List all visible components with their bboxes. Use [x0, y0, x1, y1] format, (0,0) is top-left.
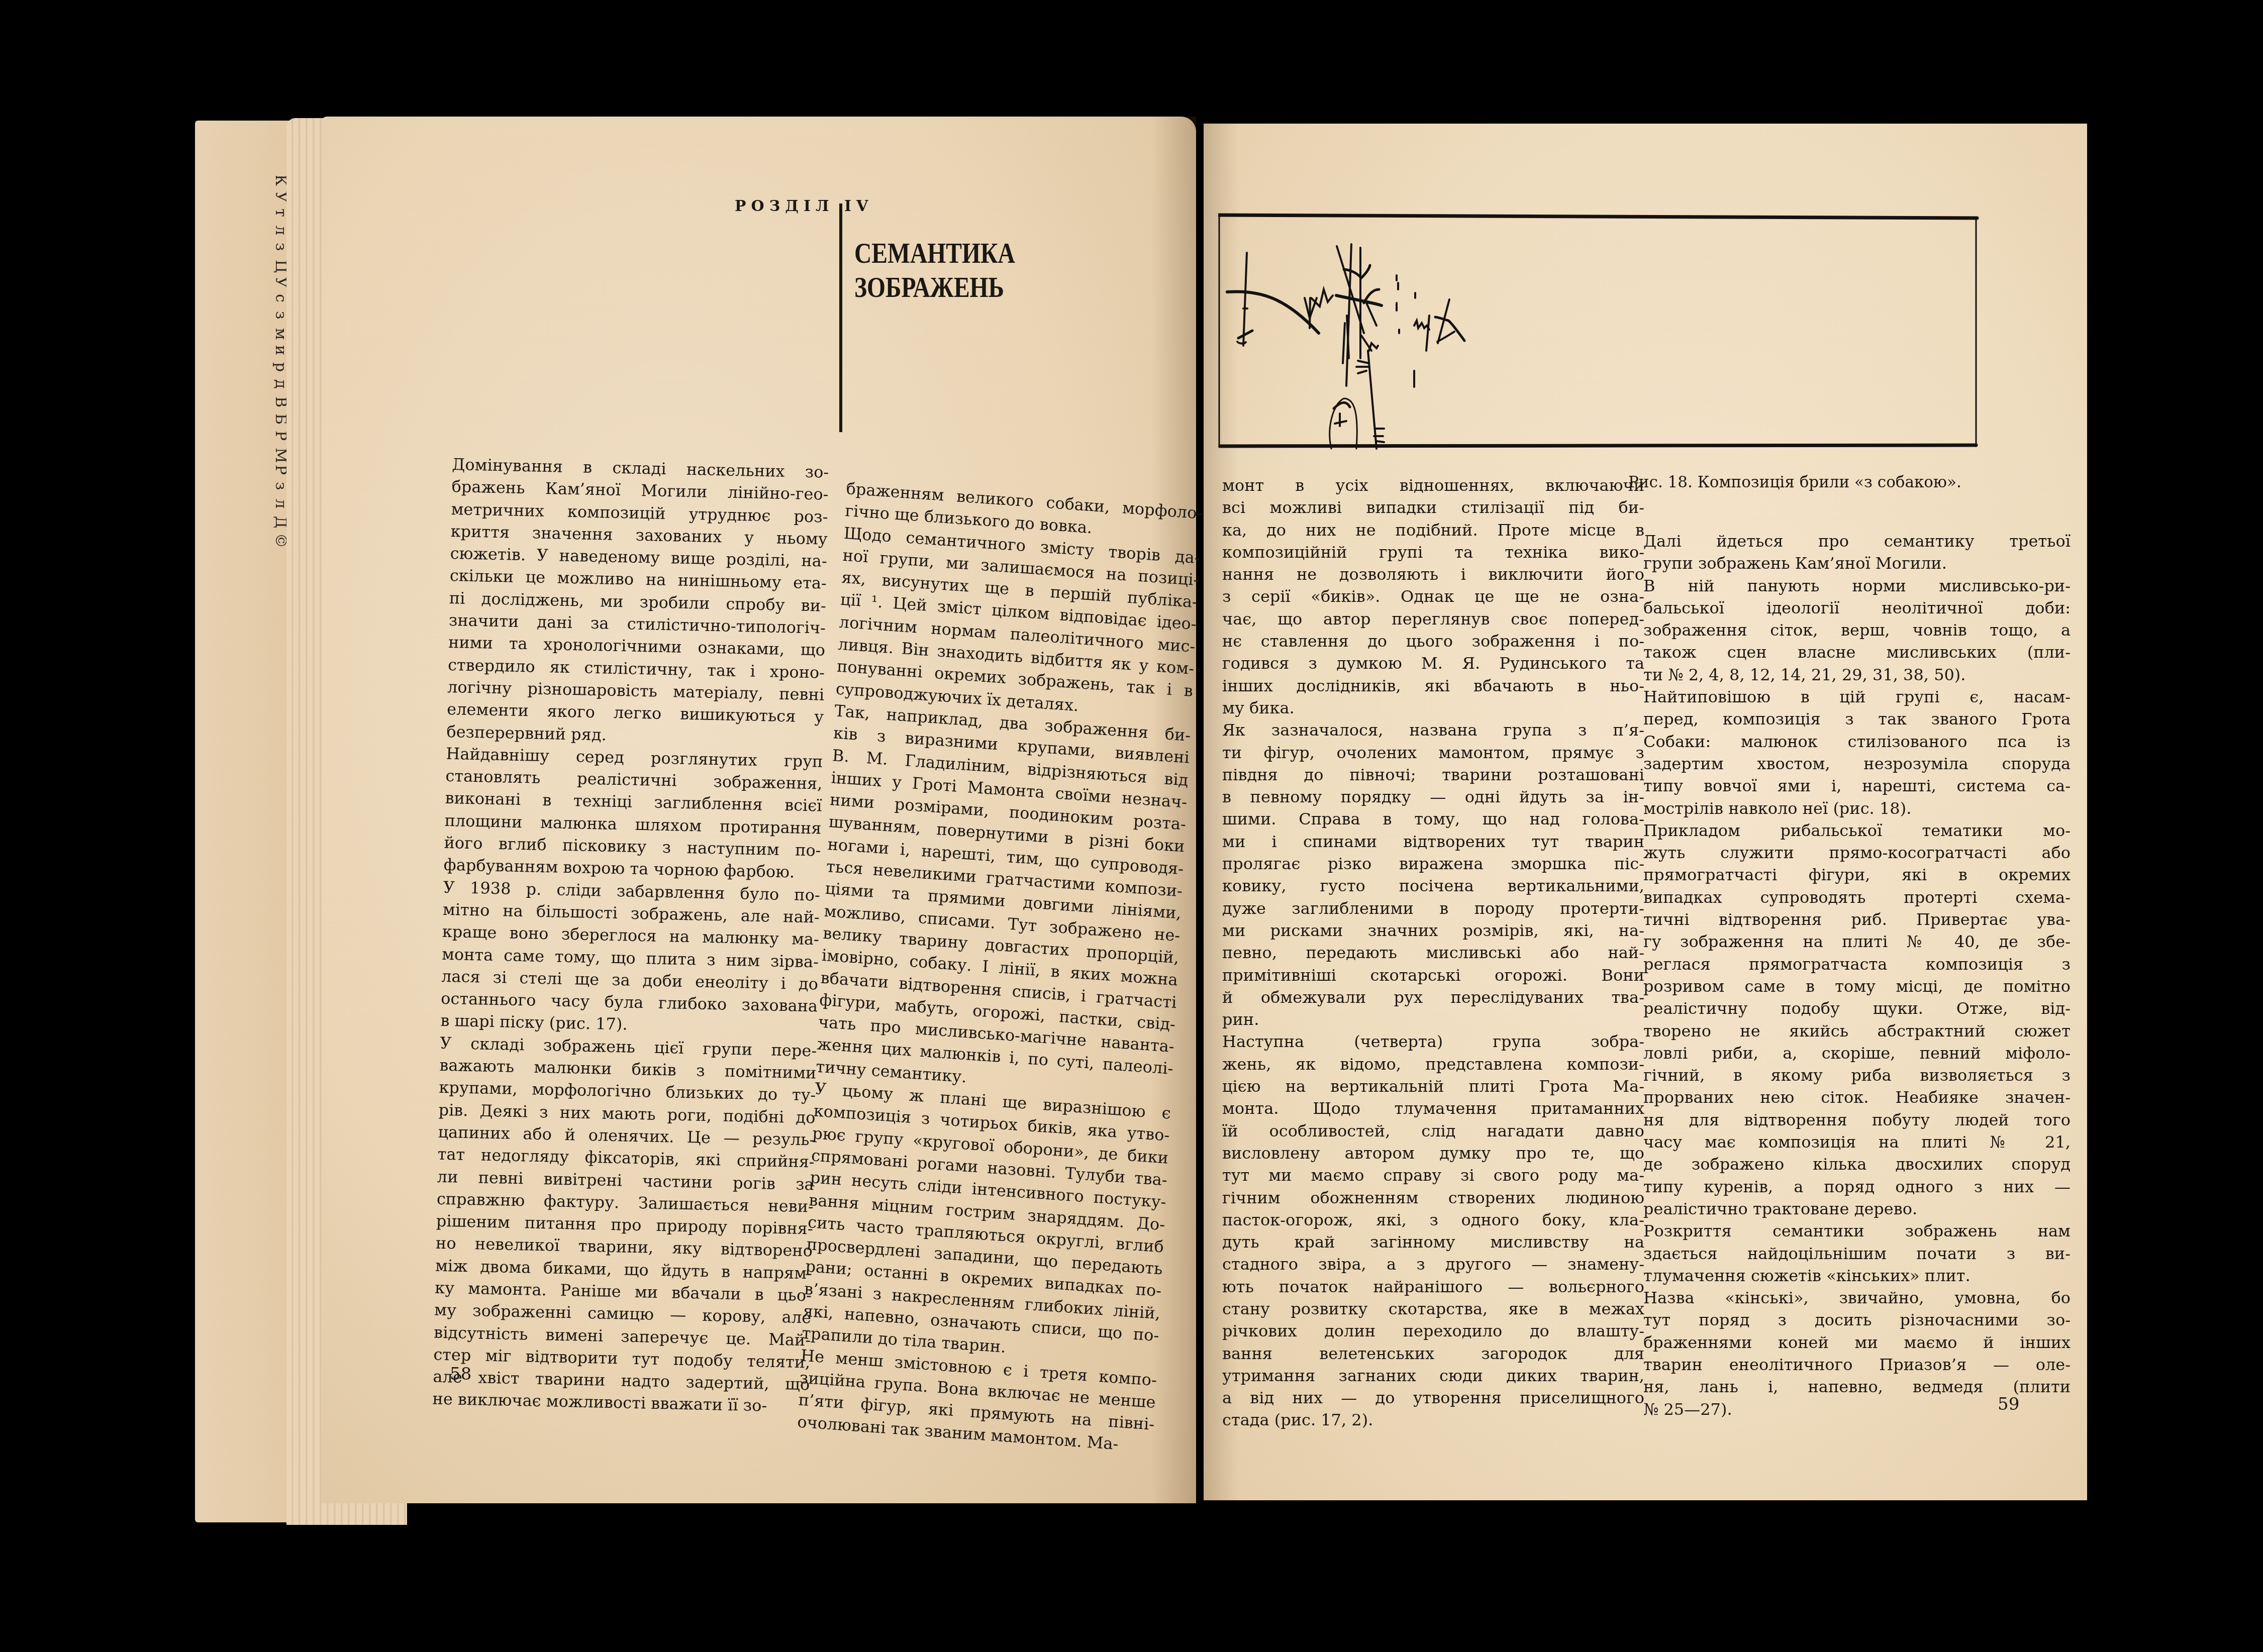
- text-line: реалістичну подобу щуки. Отже, від-: [1643, 997, 2071, 1019]
- text-line: чає, що автор переглянув своє поперед-: [1222, 608, 1644, 630]
- text-line: стада (рис. 17, 2).: [1222, 1409, 1644, 1431]
- chapter-divider-rule: [839, 203, 842, 432]
- text-line: В ній панують норми мисливсько-ри-: [1643, 575, 2071, 597]
- text-line: годився з думкою М. Я. Рудинського та: [1222, 652, 1644, 674]
- chapter-title-line-2: ЗОБРАЖЕНЬ: [854, 270, 1015, 304]
- right-page-column-1: монт в усіх відношеннях, включаючивсі мо…: [1222, 474, 1644, 1431]
- text-line: прямогратчасті фігури, які в окремих: [1643, 864, 2071, 886]
- text-line: стану розвитку скотарства, яке в межах: [1222, 1298, 1644, 1320]
- text-line: дуть край загінному мисливству на: [1222, 1231, 1644, 1253]
- figure-18-rock-drawing: [1218, 200, 2010, 451]
- text-line: Розкриття семантики зображень нам: [1643, 1220, 2071, 1242]
- text-line: Назва «кінські», звичайно, умовна, бо: [1643, 1287, 2071, 1309]
- text-line: в певному порядку — одні йдуть за ін-: [1222, 786, 1644, 808]
- text-line: всі можливі випадки стилізації під би-: [1222, 496, 1644, 519]
- text-line: пролягає різко виражена зморшка піс-: [1222, 853, 1644, 875]
- text-line: також сцен власне мисливських (пли-: [1643, 641, 2071, 663]
- text-line: примітивніші скотарські огорожі. Вони: [1222, 964, 1644, 986]
- text-line: перед, композиція з так званого Грота: [1643, 708, 2071, 730]
- text-line: рин.: [1222, 1008, 1644, 1030]
- text-line: Далі йдеться про семантику третьої: [1643, 530, 2071, 552]
- left-page-column-2: браженням великого собаки, морфоло-гічно…: [797, 477, 1203, 1458]
- text-line: Прикладом рибальської тематики мо-: [1643, 819, 2071, 842]
- right-page-column-2: Далі йдеться про семантику третьоїгрупи …: [1643, 530, 2071, 1420]
- text-line: й обмежували рух переслідуваних тва-: [1222, 986, 1644, 1008]
- text-line: монта. Щодо тлумачення притаманних: [1222, 1097, 1644, 1119]
- text-line: групи зображень Кам’яної Могили.: [1643, 552, 2071, 574]
- text-line: гічним обожненням створених людиною: [1222, 1187, 1644, 1209]
- text-line: реалістично трактоване дерево.: [1643, 1198, 2071, 1220]
- text-line: розривом саме в тому місці, де помітно: [1643, 975, 2071, 997]
- text-line: жень, як відомо, представлена компози-: [1222, 1053, 1644, 1075]
- text-line: типу куренів, а поряд одного з них —: [1643, 1176, 2071, 1198]
- text-line: творено не якийсь абстрактний сюжет: [1643, 1020, 2071, 1042]
- text-line: нє ставлення до цього зображення і по-: [1222, 630, 1644, 652]
- text-line: висловлену автором думку про те, що: [1222, 1142, 1644, 1164]
- left-page-column-1: Домінування в складі наскельних зо-браже…: [432, 453, 829, 1418]
- text-line: дуже заглибленими в породу протерти-: [1222, 897, 1644, 919]
- text-line: інших дослідників, які вбачають в ньо-: [1222, 675, 1644, 697]
- text-line: зображення сіток, верш, човнів тощо, а: [1643, 619, 2071, 641]
- text-line: монт в усіх відношеннях, включаючи: [1222, 474, 1644, 496]
- text-line: мострілів навколо неї (рис. 18).: [1643, 797, 2071, 819]
- text-line: стадного звіра, а з другого — знамену-: [1222, 1253, 1644, 1275]
- text-line: реглася прямогратчаста композиція з: [1643, 953, 2071, 975]
- chapter-title: СЕМАНТИКА ЗОБРАЖЕНЬ: [854, 236, 1015, 304]
- text-line: Наступна (четверта) група зобра-: [1222, 1030, 1644, 1053]
- chapter-label: РОЗДІЛ IV: [735, 197, 873, 215]
- figure-caption: Рис. 18. Композиція брили «з собакою».: [1628, 473, 1961, 491]
- text-line: річкових долин переходило до влашту-: [1222, 1320, 1644, 1342]
- text-line: гічний, в якому риба визволяється з: [1643, 1064, 2071, 1086]
- text-line: часу має композиція на плиті № 21,: [1643, 1131, 2071, 1153]
- text-line: їй особливостей, слід нагадати давно: [1222, 1120, 1644, 1142]
- text-line: му бика.: [1222, 697, 1644, 719]
- text-line: ня для відтворення побуту людей того: [1643, 1109, 2071, 1131]
- text-line: Як зазначалося, названа група з п’я-: [1222, 719, 1644, 741]
- text-line: типу вовчої ями і, нарешті, система са-: [1643, 775, 2071, 797]
- text-line: браженнями коней ми маємо й інших: [1643, 1331, 2071, 1354]
- text-line: гу зображення на плиті № 40, де збе-: [1643, 931, 2071, 953]
- text-line: де зображено кілька двосхилих споруд: [1643, 1153, 2071, 1175]
- text-line: з серії «биків». Однак це ще не озна-: [1222, 585, 1644, 607]
- text-line: а від них — до утворення приселищного: [1222, 1387, 1644, 1409]
- text-line: тлумачення сюжетів «кінських» плит.: [1643, 1265, 2071, 1287]
- text-line: ка, до них не подібний. Проте місце в: [1222, 519, 1644, 541]
- text-line: ковику, густо посічена вертикальними,: [1222, 875, 1644, 897]
- text-line: композиційній групі та техніка вико-: [1222, 541, 1644, 563]
- text-line: ми рисками значних розмірів, які, на-: [1222, 919, 1644, 942]
- chapter-title-line-1: СЕМАНТИКА: [854, 236, 1015, 270]
- text-line: ють початок найранішого — вольєрного: [1222, 1276, 1644, 1298]
- text-line: прорваних нею сіток. Неабияке значен-: [1643, 1086, 2071, 1108]
- text-line: нання не дозволяють і виключити його: [1222, 563, 1644, 585]
- text-line: пасток-огорож, які, з одного боку, кла-: [1222, 1209, 1644, 1231]
- text-line: ти № 2, 4, 8, 12, 14, 21, 29, 31, 38, 50…: [1643, 664, 2071, 686]
- text-line: Собаки: малюнок стилізованого пса із: [1643, 731, 2071, 753]
- text-line: вання велетенських загородок для: [1222, 1343, 1644, 1365]
- text-line: жуть служити прямо-косогратчасті або: [1643, 842, 2071, 864]
- text-line: півдня до півночі; тварини розташовані: [1222, 764, 1644, 786]
- page-number-left: 58: [450, 1364, 471, 1384]
- text-line: тварин енеолітичного Приазов’я — оле-: [1643, 1354, 2071, 1376]
- text-line: ми і спинами відтворених тут тварин: [1222, 831, 1644, 853]
- text-line: шими. Справа в тому, що над голова-: [1222, 808, 1644, 830]
- text-line: тут поряд з досить різночасними зо-: [1643, 1309, 2071, 1331]
- text-line: цією на вертикальній плиті Грота Ма-: [1222, 1075, 1644, 1097]
- text-line: тут ми маємо справу зі свого роду ма-: [1222, 1164, 1644, 1186]
- text-line: бальської ідеології неолітичної доби:: [1643, 597, 2071, 619]
- text-line: здається найдоцільнішим почати з ви-: [1643, 1243, 2071, 1265]
- text-line: певно, передають мисливські або най-: [1222, 942, 1644, 964]
- text-line: задертим хвостом, незрозуміла споруда: [1643, 753, 2071, 775]
- text-line: ловлі риби, а, скоріше, певний міфоло-: [1643, 1042, 2071, 1064]
- text-line: утримання загнаних сюди диких тварин,: [1222, 1365, 1644, 1387]
- text-line: випадках супроводять протерті схема-: [1643, 886, 2071, 908]
- text-line: Найтиповішою в цій групі є, насам-: [1643, 686, 2071, 708]
- page-number-right: 59: [1998, 1394, 2019, 1414]
- text-line: тичні відтворення риб. Привертає ува-: [1643, 908, 2071, 931]
- text-line: ти фігур, очолених мамонтом, прямує з: [1222, 742, 1644, 764]
